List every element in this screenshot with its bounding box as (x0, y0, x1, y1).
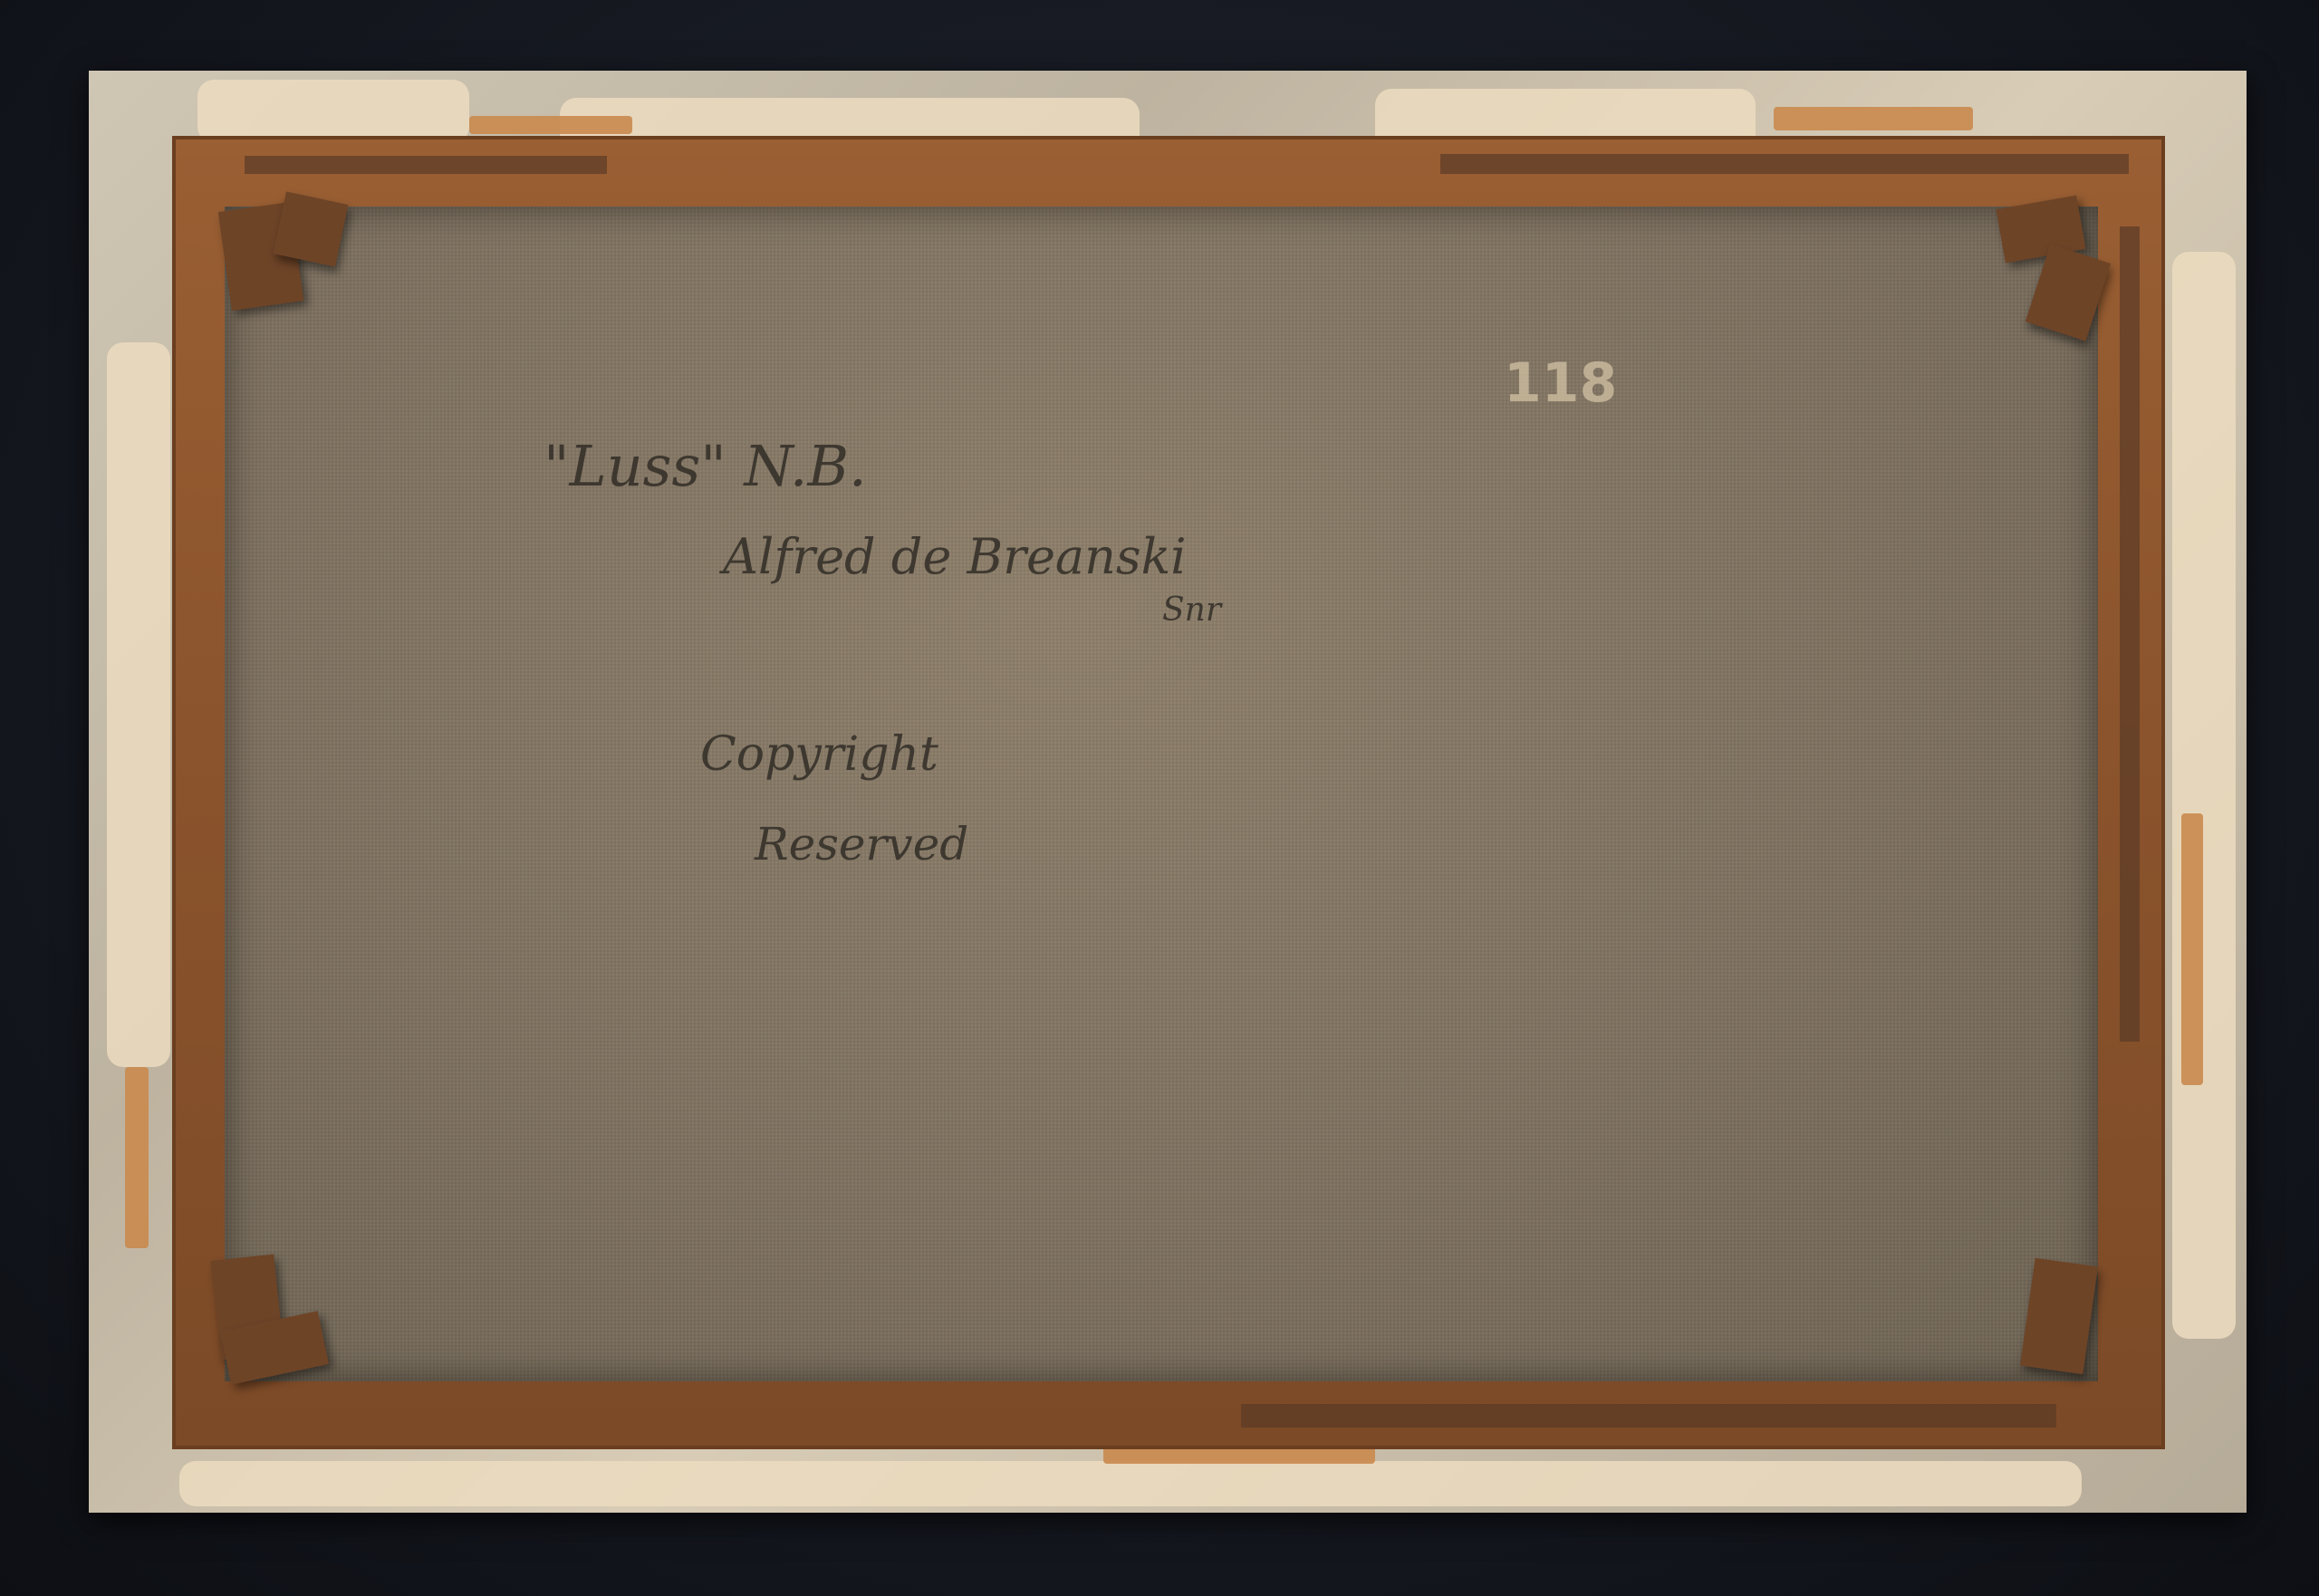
exposed-wood (1774, 107, 1973, 130)
torn-paper-patch (179, 1461, 2082, 1506)
stretcher-stain (245, 156, 607, 174)
inscription-copyright: Copyright (700, 727, 938, 782)
inscription-title: "Luss" N.B. (544, 433, 867, 499)
corner-wedge-bottom-right (2020, 1258, 2098, 1375)
inscription-artist: Alfred de Breanski (723, 528, 1187, 585)
inscription-suffix: Snr (1162, 591, 1221, 629)
exposed-wood (1103, 1447, 1375, 1464)
chalk-mark: 118 (1504, 351, 1617, 415)
stretcher-stain (2120, 226, 2140, 1042)
torn-paper-patch (107, 342, 170, 1067)
torn-paper-patch (197, 80, 469, 143)
corner-wedge-top-left (273, 191, 348, 266)
inscription-reserved: Reserved (755, 818, 968, 870)
exposed-wood (125, 1067, 149, 1248)
canvas-back: "Luss" N.B. Alfred de Breanski Snr Copyr… (225, 207, 2098, 1381)
torn-paper-patch (2172, 252, 2236, 1339)
stretcher-stain (1241, 1404, 2056, 1428)
exposed-wood (469, 116, 632, 134)
exposed-wood (2181, 813, 2203, 1085)
stretcher-stain (1440, 154, 2129, 174)
